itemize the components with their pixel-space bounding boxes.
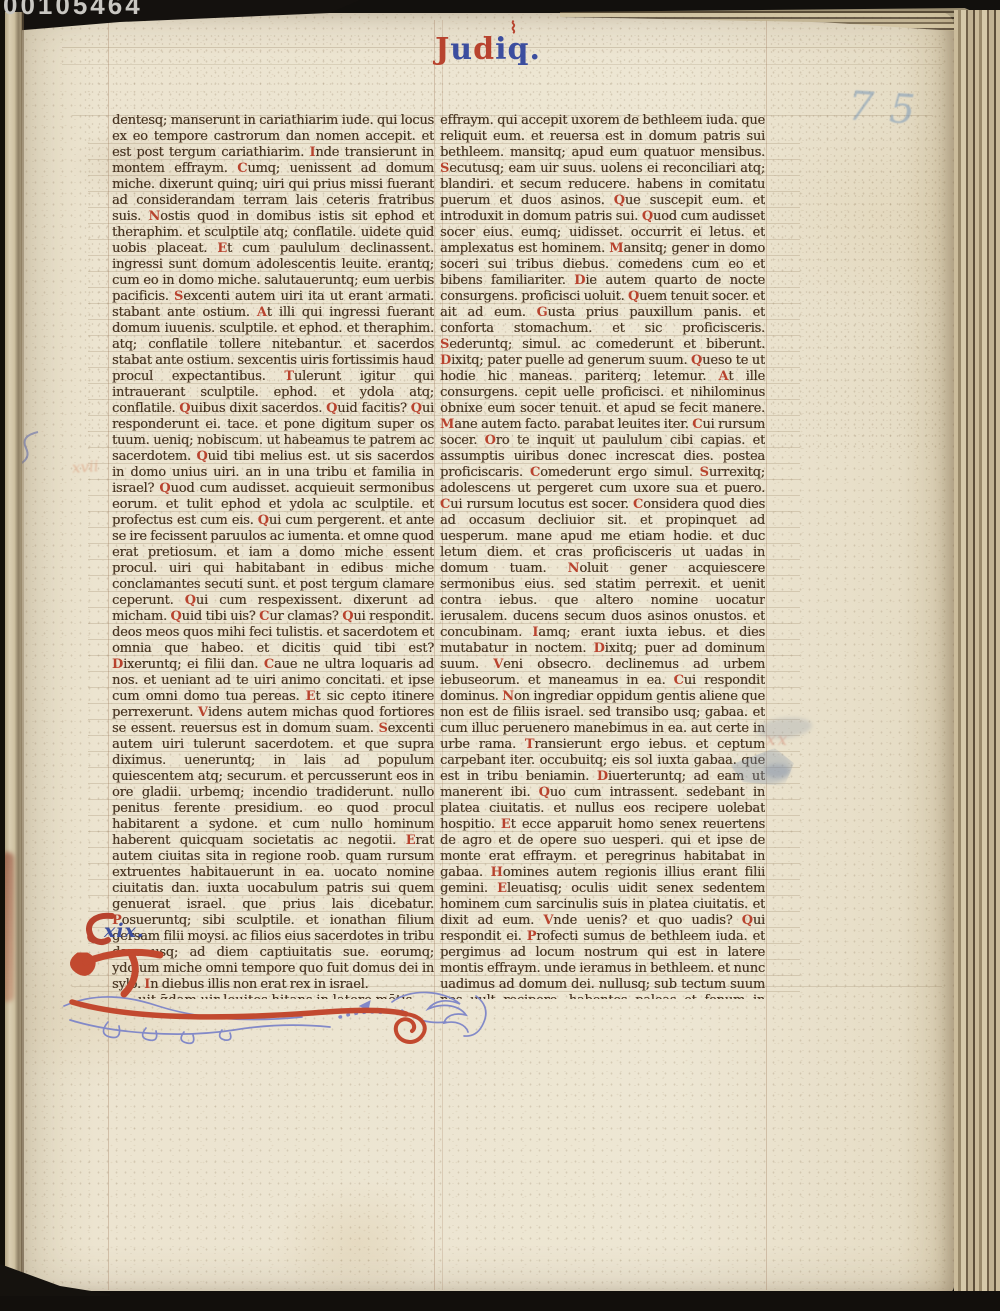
rubricated-capital: D [112, 657, 123, 672]
rubricated-capital: Q [642, 209, 653, 224]
manuscript-photo: Judiq. 75 dentesq; manserunt in cariathi… [0, 0, 1000, 1311]
body-text-run: ui rursum locutus est socer. [450, 497, 633, 512]
decorated-initial-flourish-icon [62, 940, 512, 1055]
marginal-smudge-small [764, 764, 790, 778]
rubricated-capital: E [306, 689, 316, 704]
chapter-number: xix. [104, 920, 145, 942]
rubricated-capital: Q [614, 193, 625, 208]
photo-bottom-border [0, 1291, 1000, 1311]
body-text-run: ixeruntq; ei filii dan. [123, 657, 264, 672]
rubricated-capital: S [174, 289, 183, 304]
rubricated-capital: S [378, 721, 387, 736]
rubricated-capital: Q [159, 481, 170, 496]
rubricated-capital: C [237, 161, 247, 176]
rubricated-capital: E [501, 817, 511, 832]
shelfmark: 00105464 [3, 0, 143, 21]
rubricated-capital: T [525, 737, 534, 752]
photo-left-border [0, 0, 5, 1311]
body-text-run: uid tibi uis? [182, 609, 259, 624]
rubricated-capital: S [440, 161, 449, 176]
rubricated-capital: Q [171, 609, 182, 624]
rubricated-capital: N [568, 561, 580, 576]
rubricated-capital: C [674, 673, 684, 688]
column-right-text: effraym. qui accepit uxorem de bethleem … [440, 113, 765, 999]
rubricated-capital: C [633, 497, 643, 512]
book-left-crease [21, 12, 24, 1296]
running-title-letter: i [495, 32, 507, 67]
rubricated-capital: Q [539, 785, 550, 800]
body-text-run: excenti autem uiri tulerunt sacerdotem. … [112, 721, 434, 848]
rubricated-capital: N [148, 209, 160, 224]
rubricated-capital: C [264, 657, 274, 672]
rubricated-capital: G [537, 305, 548, 320]
rubricated-capital: Q [342, 609, 353, 624]
body-text-run: uibus dixit sacerdos. [190, 401, 326, 416]
ruling-column-2-right [766, 20, 767, 1290]
rubricated-capital: C [692, 417, 702, 432]
rubricated-capital: D [594, 641, 605, 656]
marginal-ghost-chapter-xvii: xvii [71, 457, 99, 477]
column-left-text: dentesq; manserunt in cariathiarim iude.… [112, 113, 434, 993]
rubricated-capital: E [497, 881, 507, 896]
rubricated-capital: C [530, 465, 540, 480]
running-title-letter: q [507, 32, 529, 67]
ruling-column-1-left [108, 20, 109, 1290]
text-column-left: dentesq; manserunt in cariathiarim iude.… [112, 113, 434, 999]
page-parchment: Judiq. 75 dentesq; manserunt in cariathi… [22, 12, 954, 1294]
rubricated-capital: A [257, 305, 267, 320]
rubricated-capital: S [440, 337, 449, 352]
rubricated-capital: Q [411, 401, 422, 416]
body-text-run: effraym. qui accepit uxorem de bethleem … [440, 113, 765, 160]
running-title-letter: . [529, 32, 540, 67]
body-text-run: ixitq; pater puelle ad generum suum. [451, 353, 691, 368]
running-title-letter: d [473, 32, 495, 67]
rubricated-capital: P [527, 929, 537, 944]
book-fore-edge-right [954, 10, 1000, 1300]
rubricated-capital: Q [179, 401, 190, 416]
rubricated-capital: Q [742, 913, 753, 928]
body-text-run: ane autem facto. parabat leuites iter. [454, 417, 692, 432]
rubricated-capital: T [284, 369, 293, 384]
rubricated-capital: Q [196, 449, 207, 464]
ruling-column-1-right [434, 20, 435, 1290]
rubricated-capital: D [574, 273, 585, 288]
body-text-run: nde uenis? et quo uadis? [553, 913, 742, 928]
rubricated-capital: D [440, 353, 451, 368]
rubricated-capital: H [491, 865, 503, 880]
running-title: Judiq. [22, 32, 954, 67]
rubricated-capital: Q [691, 353, 702, 368]
rubricated-capital: Q [185, 593, 196, 608]
rubricated-capital: O [485, 433, 496, 448]
rubricated-capital: D [597, 769, 608, 784]
rubricated-capital: C [259, 609, 269, 624]
running-title-letter: u [450, 32, 473, 67]
rubricated-capital: Q [628, 289, 639, 304]
rubricated-capital: M [440, 417, 454, 432]
rubricated-capital: S [700, 465, 709, 480]
body-text-run: uid facitis? [337, 401, 411, 416]
rubricated-capital: Q [258, 513, 269, 528]
rubricated-capital: M [609, 241, 623, 256]
book-left-page-edges [5, 12, 22, 1296]
rubricated-capital: E [217, 241, 227, 256]
text-column-right: effraym. qui accepit uxorem de bethleem … [440, 113, 765, 999]
rubricated-capital: C [440, 497, 450, 512]
rubricated-capital: V [493, 657, 503, 672]
rubricated-capital: A [718, 369, 728, 384]
body-text-run: omederunt ergo simul. [540, 465, 700, 480]
body-text-run: ur clamas? [269, 609, 342, 624]
rubricated-capital: V [198, 705, 208, 720]
rubricated-capital: N [502, 689, 514, 704]
body-text-run: ederuntq; simul. ac comederunt et biberu… [449, 337, 765, 352]
rubricated-capital: E [406, 833, 416, 848]
rubricated-capital: Q [326, 401, 337, 416]
running-title-letter: J [435, 32, 450, 67]
rubricated-capital: V [543, 913, 553, 928]
folio-number: 75 [846, 83, 932, 135]
